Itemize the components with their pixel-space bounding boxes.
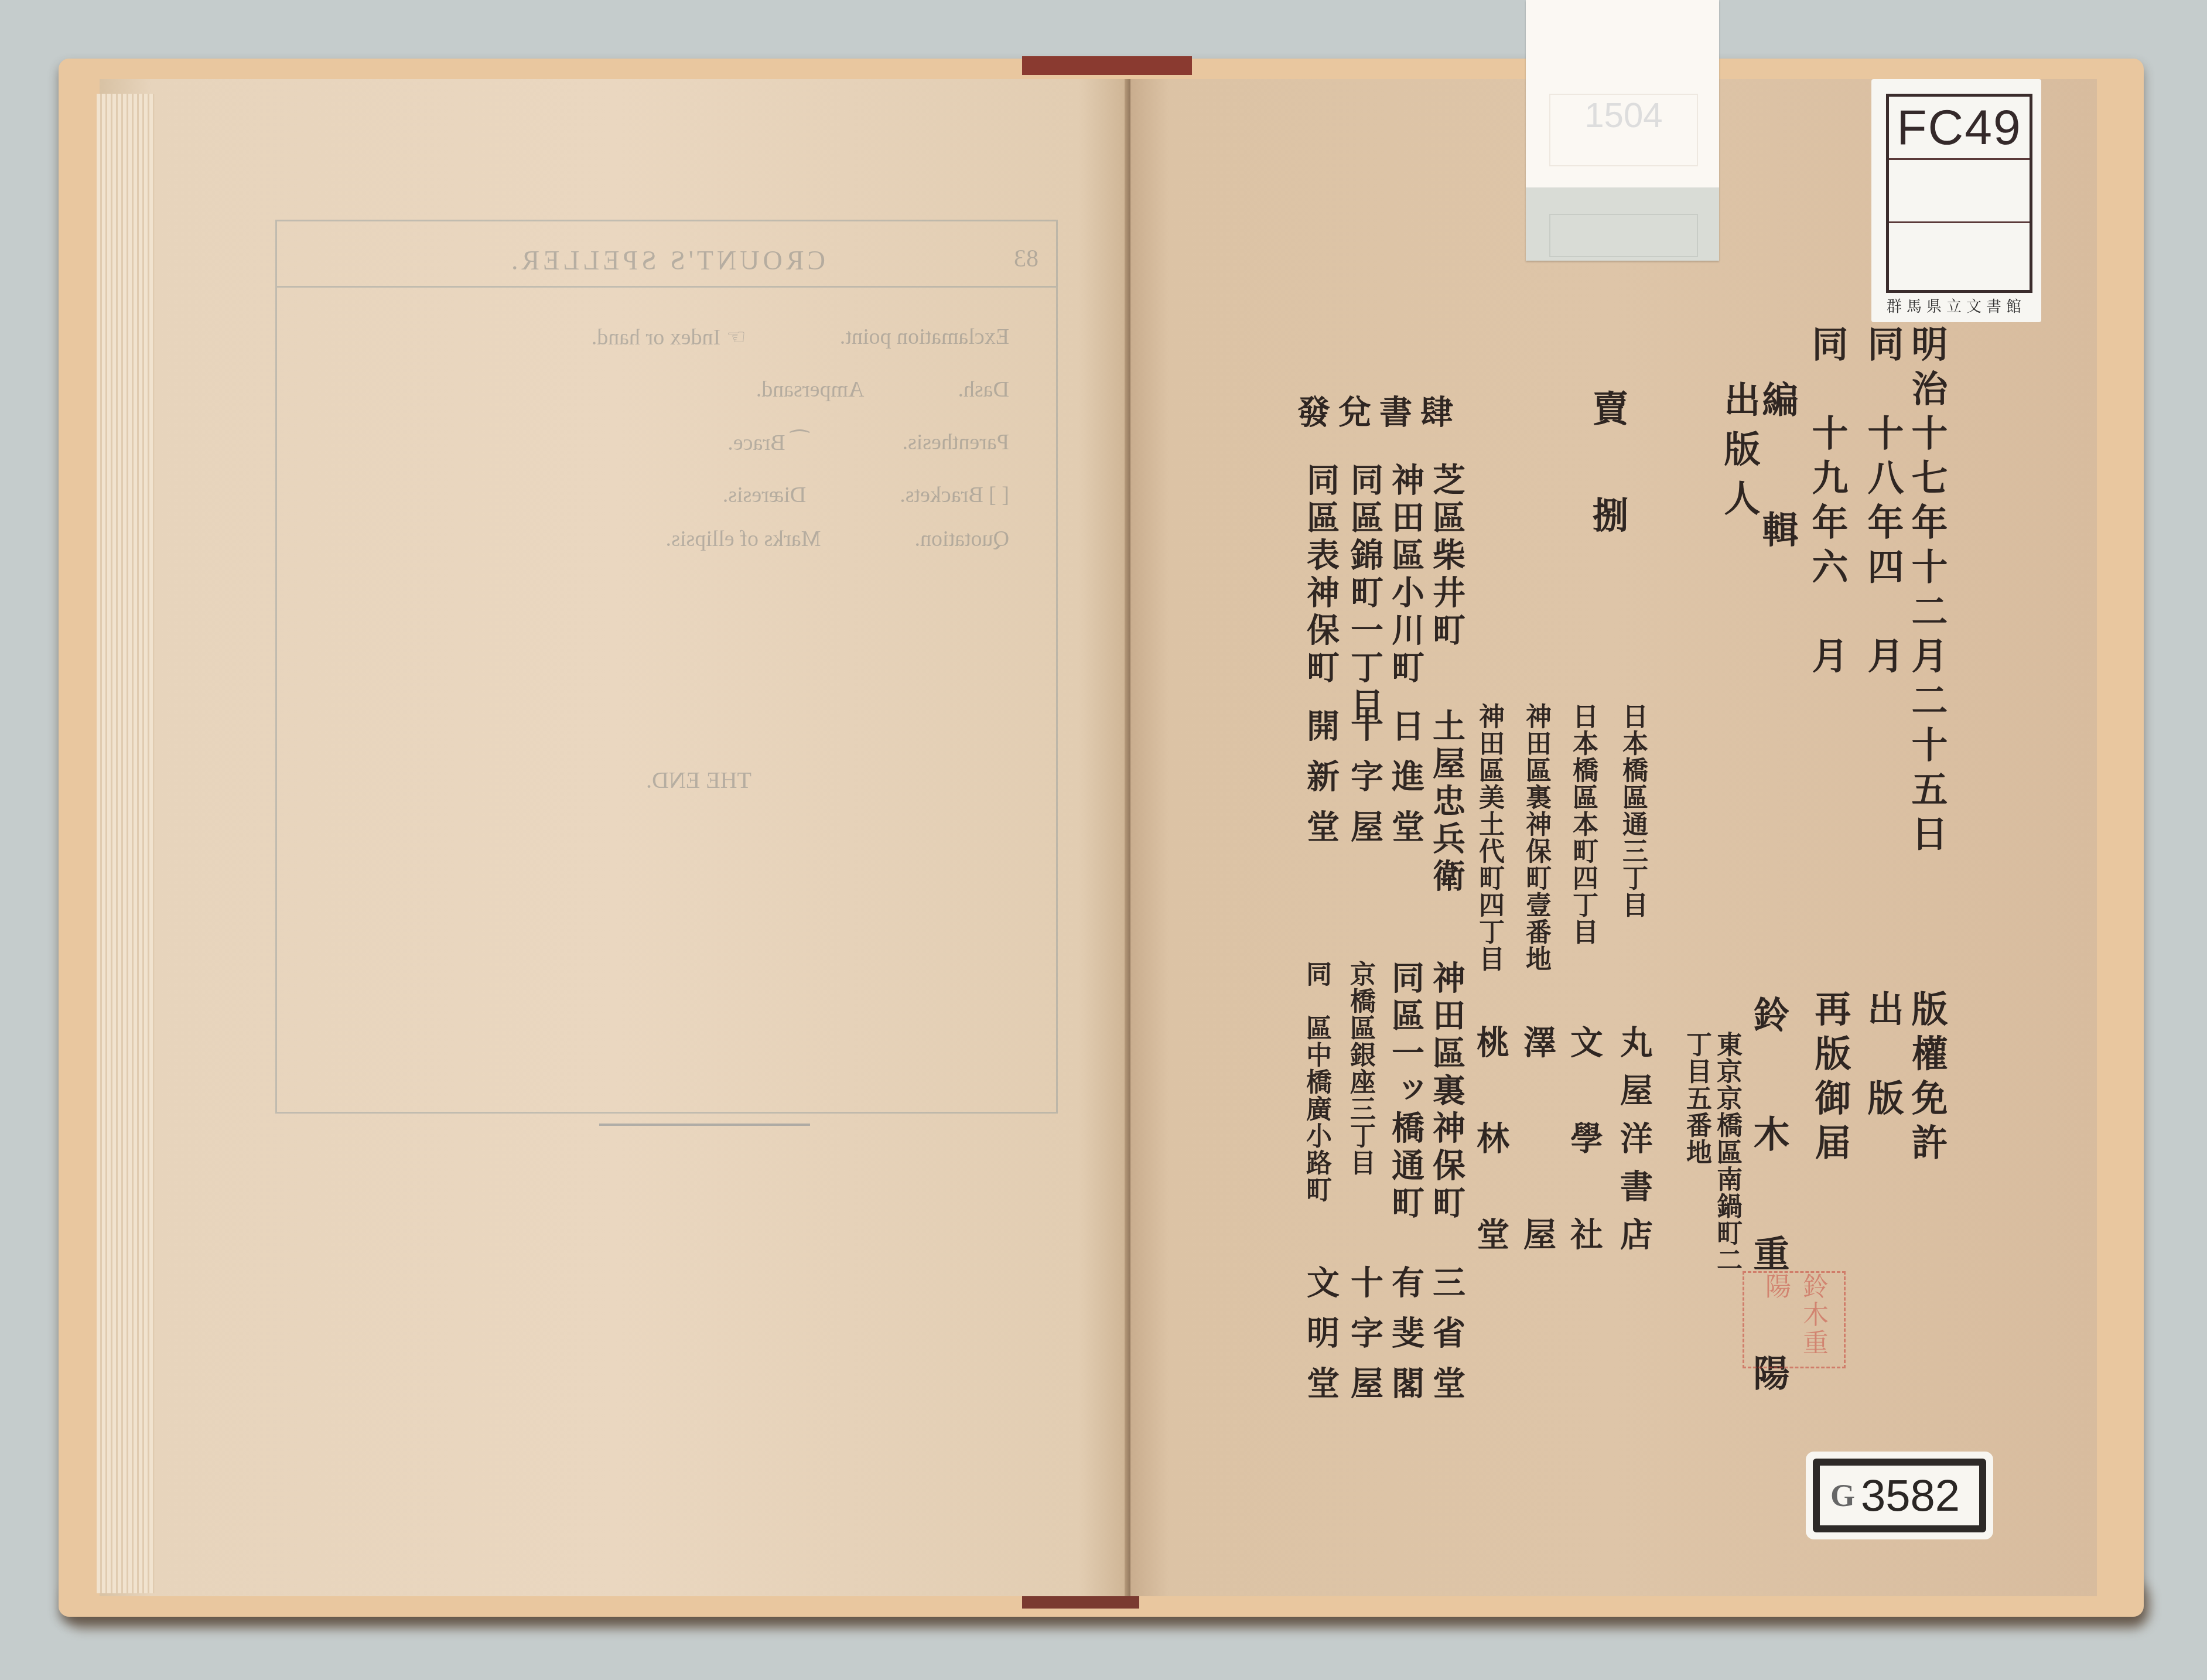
distributor-name: 土屋忠兵衛 xyxy=(1423,709,1470,896)
seller-name: 澤 屋 xyxy=(1514,1025,1561,1265)
distributor-address: 京橋區銀座三丁目 xyxy=(1341,961,1379,1176)
distributor-address: 同區一ッ橋通町 xyxy=(1382,961,1429,1223)
editor-address: 東京京橋區南鍋町二丁目五番地 xyxy=(1681,1031,1742,1277)
ghost-row: Exclamation point. ☞ Index or hand. xyxy=(592,324,1009,350)
distributor-address: 同 區中橋廣小路町 xyxy=(1297,961,1335,1203)
seller-name: 文 學 社 xyxy=(1561,1025,1608,1265)
label-distributors: 發兌書肆 xyxy=(1297,387,1461,433)
seller-address: 神田區美土代町四丁目 xyxy=(1470,703,1508,972)
ghost-rule xyxy=(277,286,1056,288)
ghost-footer-mark: THE END. xyxy=(646,766,751,794)
distributor-name: 開新堂 xyxy=(1297,709,1344,860)
ghost-separator xyxy=(599,1124,810,1126)
seller-name: 丸屋洋書店 xyxy=(1611,1025,1658,1265)
label-sellers: 賣捌 xyxy=(1581,390,1634,603)
call-number-blank-cell xyxy=(1889,223,2030,285)
tab-faint-number: 1504 xyxy=(1549,94,1698,166)
call-number-blank-cell xyxy=(1889,160,2030,223)
call-number-grid: FC49 xyxy=(1886,94,2032,293)
distributor-address: 芝區柴井町 xyxy=(1423,463,1470,650)
distributor-name: 文明堂 xyxy=(1297,1265,1344,1416)
inventory-prefix: G xyxy=(1830,1477,1855,1514)
tab-box xyxy=(1549,214,1698,257)
tab-lower-strip xyxy=(1526,187,1719,261)
seller-name: 桃 林 堂 xyxy=(1467,1025,1514,1265)
seller-address: 日本橋區通三丁目 xyxy=(1614,703,1651,918)
ghost-row: [ ] Brackets. Diæresis. xyxy=(723,482,1009,508)
show-through-text: 83 CROUNT'S SPELLER. Exclamation point. … xyxy=(275,220,1058,1114)
distributor-name: 三省堂 xyxy=(1423,1265,1470,1416)
distributor-name: 日進堂 xyxy=(1382,709,1429,860)
seller-address: 神田區裏神保町壹番地 xyxy=(1517,703,1555,972)
ghost-row: Parenthesis. ⁀ Brace. xyxy=(727,429,1009,456)
inventory-label: G 3582 xyxy=(1806,1452,1993,1539)
ghost-header: CROUNT'S SPELLER. xyxy=(277,245,1056,276)
page-edges xyxy=(97,94,155,1593)
distributor-address: 神田區裏神保町 xyxy=(1423,961,1470,1223)
inventory-frame: G 3582 xyxy=(1813,1459,1986,1532)
call-number-label: FC49 群馬県立文書館 xyxy=(1871,79,2041,322)
red-seal-stamp: 鈴木重陽 xyxy=(1743,1271,1846,1368)
call-number: FC49 xyxy=(1897,99,2021,156)
ghost-row: Quotation. Marks of ellipsis. xyxy=(666,526,1009,552)
inventory-number: 3582 xyxy=(1861,1470,1960,1521)
distributor-address: 同區錦町一丁目 xyxy=(1341,463,1388,725)
distributor-name: 有斐閣 xyxy=(1382,1265,1429,1416)
label-reprint-notice: 再版御届 xyxy=(1804,990,1856,1168)
label-publication: 出 版 xyxy=(1857,990,1909,1124)
date-publication: 同 十八年四 月 xyxy=(1857,325,1909,681)
ghost-row: Dash. Ampersand. xyxy=(756,377,1009,402)
distributor-address: 神田區小川町 xyxy=(1382,463,1429,688)
distributor-address: 同區表神保町 xyxy=(1297,463,1344,688)
date-reprint: 同 十九年六 月 xyxy=(1801,325,1853,681)
seller-address: 日本橋區本町四丁目 xyxy=(1564,703,1601,945)
bookmark-tab: 1504 xyxy=(1526,0,1719,261)
label-publisher: 出版人 xyxy=(1713,381,1765,528)
spine-cloth-top xyxy=(1022,56,1192,75)
distributor-name: 十字屋 xyxy=(1341,709,1388,860)
distributor-name: 十字屋 xyxy=(1341,1265,1388,1416)
library-name: 群馬県立文書館 xyxy=(1871,295,2041,316)
